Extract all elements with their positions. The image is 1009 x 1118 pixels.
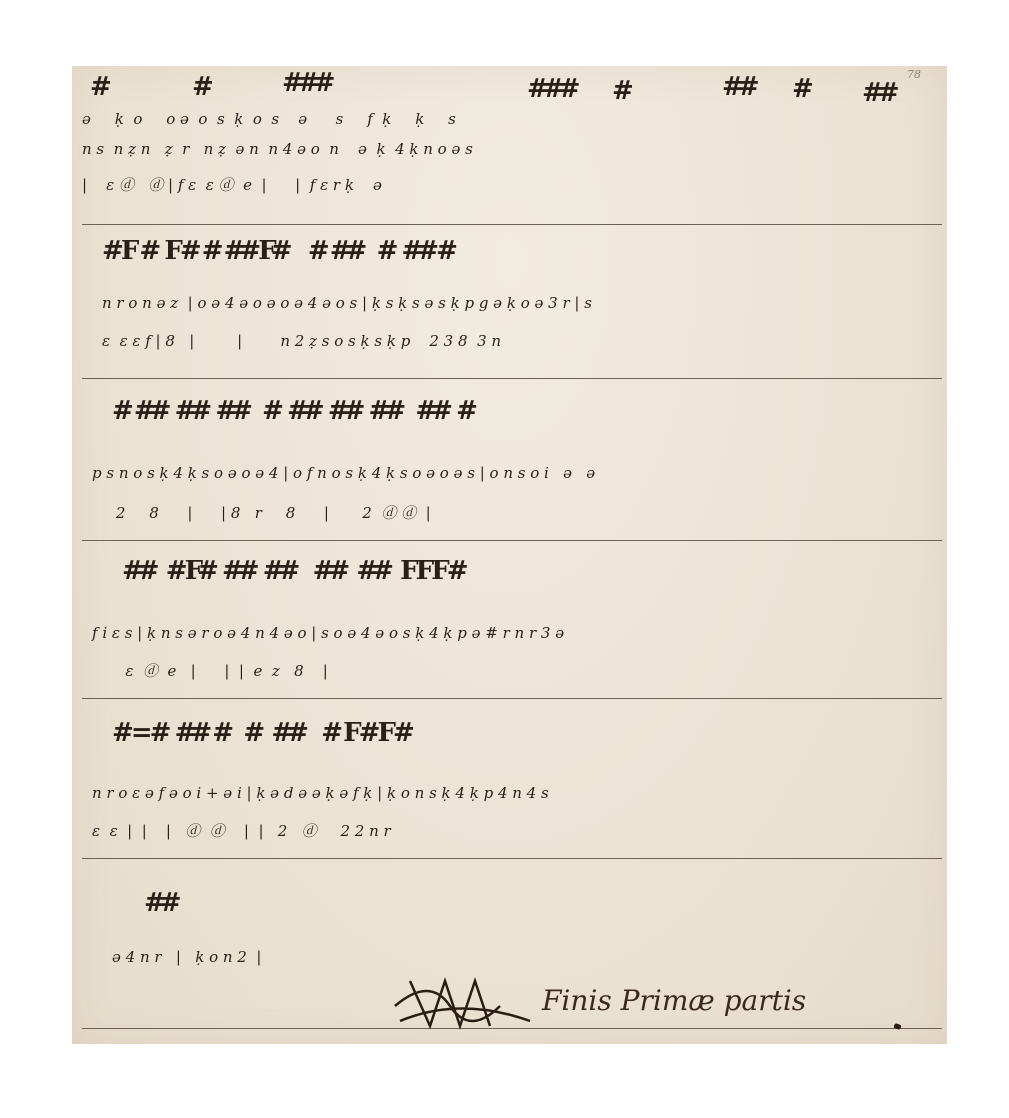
tab-letters-row: ɛ ɛ ɛ f | 8 | | n 2 ẓ s o s ḳ s ḳ p 2 3 … <box>102 334 501 349</box>
rhythm-flag-icon: ### <box>527 76 574 102</box>
rhythm-flag-icon: ## <box>862 80 894 106</box>
tab-letters-row: n r o ɛ ə f ə o i + ə i | ḳ ə d ə ə ḳ ə … <box>92 786 549 801</box>
tab-letters-row: ɛ ⓓ e | | | e z 8 | <box>92 664 328 679</box>
rhythm-flag-icon: # <box>612 78 628 104</box>
rhythm-flag-icon: ## <box>144 890 176 916</box>
tab-letters-row: p s n o s ḳ 4 ḳ s o ə o ə 4 | o f n o s … <box>92 466 595 481</box>
tab-letters-row: ə ḳ o o ə o s ḳ o s ə s f ḳ ḳ s <box>82 112 456 127</box>
rhythm-flag-icon: # ## ## ## # ## ## ## ## # <box>112 398 472 424</box>
rhythm-flag-icon: # <box>192 74 208 100</box>
manuscript-page: 78 # # ### ### # ## # ## ə ḳ o o ə o s ḳ… <box>72 66 947 1044</box>
rhythm-flag-icon: # <box>90 74 106 100</box>
tab-letters-row: ɛ ɛ | | | ⓓ ⓓ | | 2 ⓓ 2 2 n r <box>92 824 391 839</box>
tab-letters-row: | ɛ ⓓ ⓓ | f ɛ ɛ ⓓ e | | f ɛ r ḳ ə <box>82 178 382 193</box>
rhythm-flag-icon: ### <box>282 70 329 96</box>
rhythm-flag-icon: ## <box>722 74 754 100</box>
tab-letters-row: n r o n ə z | o ə 4 ə o ə o ə 4 ə o s | … <box>102 296 592 311</box>
rhythm-flag-icon: # = # ## # # ## # F # F # <box>112 720 409 746</box>
colophon-text: Finis Primæ partis <box>542 984 806 1017</box>
rhythm-flag-icon: # <box>792 76 808 102</box>
rhythm-flag-icon: # F # F # # ## F# # ## # ## # <box>102 238 452 264</box>
tab-letters-row: ə 4 n r | ḳ o n 2 | <box>112 950 261 965</box>
final-flourish-icon <box>390 966 540 1036</box>
tab-letters-row: 2 8 | | 8 r 8 | 2 ⓓ ⓓ | <box>92 506 431 521</box>
tab-letters-row: n s n ẓ n ẓ r n ẓ ə n n 4 ə o n ə ḳ 4 ḳ … <box>82 142 473 157</box>
rhythm-flag-icon: ## # F# ## ## ## ## F F F # <box>122 558 463 584</box>
tab-letters-row: f i ɛ s | ḳ n s ə r o ə 4 n 4 ə o | s o … <box>92 626 564 641</box>
